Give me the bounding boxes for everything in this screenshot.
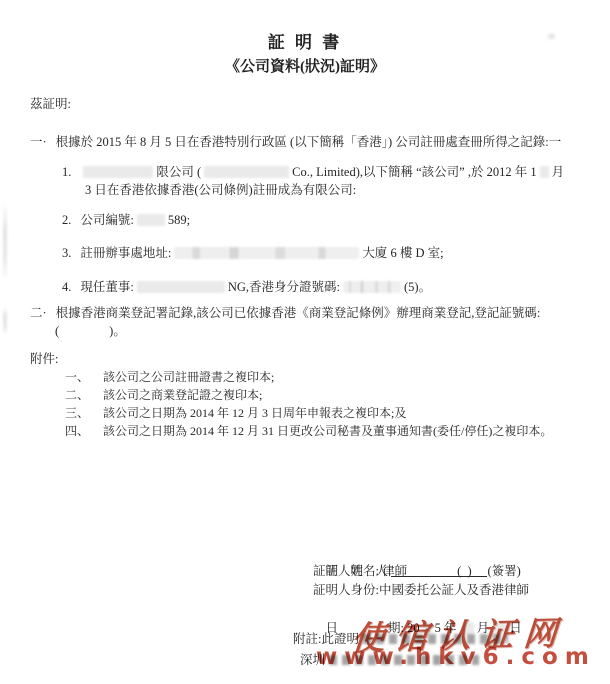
attachment-2-text: 該公司之商業登記證之複印本; — [103, 388, 262, 402]
section-2-text: 根據香港商業登記署記錄,該公司已依據香港《商業登記條例》辦理商業登記,登記証號碼… — [56, 306, 541, 320]
redaction-office-address — [174, 247, 359, 259]
attachment-item-4: 四、該公司之日期為 2014 年 12 月 31 日更改公司秘書及董事通知書(委… — [65, 422, 552, 440]
attachment-1-text: 該公司之公司註冊證書之複印本; — [103, 370, 274, 384]
list-item-2: 2.公司編號:589; — [62, 211, 190, 229]
list-item-1: 1.限公司 (Co., Limited),以下簡稱 “該公司” ,於 2012 … — [62, 163, 564, 181]
redaction-director-name — [137, 281, 225, 293]
section-1-text: 根據於 2015 年 8 月 5 日在香港特別行政區 (以下簡稱「香港」) 公司… — [56, 135, 562, 149]
attachment-3-text: 該公司之日期為 2014 年 12 月 3 日周年申報表之複印本;及 — [103, 406, 406, 420]
section-1: 一·根據於 2015 年 8 月 5 日在香港特別行政區 (以下簡稱「香港」) … — [30, 133, 561, 151]
scan-artifact-left-1 — [3, 203, 7, 281]
section-2-line2: ( )。 — [55, 322, 126, 340]
signature-suffix: (簽署) — [487, 564, 520, 578]
section-2: 二·根據香港商業登記署記錄,該公司已依據香港《商業登記條例》辦理商業登記,登記証… — [30, 304, 540, 322]
attachment-item-1: 一、該公司之公司註冊證書之複印本; — [65, 368, 274, 386]
item-3-label: 註冊辦事處地址: — [80, 246, 171, 260]
attachment-item-3: 三、該公司之日期為 2014 年 12 月 3 日周年申報表之複印本;及 — [65, 404, 406, 422]
item-1-number: 1. — [62, 163, 71, 181]
item-1-text-c: 月 — [552, 165, 565, 179]
redaction-company-number — [137, 214, 165, 226]
document-title: 証 明 書 — [0, 34, 610, 52]
list-item-4: 4.現任董事:NG,香港身分證號碼:(5)。 — [62, 278, 431, 296]
list-item-1-line2: 3 日在香港依據香港(公司條例)註冊成為有限公司: — [85, 181, 356, 199]
item-4-number: 4. — [62, 278, 71, 296]
attachment-2-number: 二、 — [65, 386, 103, 404]
signature-line-name: 証明人姓名: 律師 ( ) — [313, 562, 472, 581]
attachment-4-number: 四、 — [65, 422, 103, 440]
item-4-text-b: (5)。 — [404, 280, 431, 294]
section-1-label: 一· — [30, 133, 47, 151]
list-item-3: 3.註冊辦事處地址:大廈 6 樓 D 室; — [62, 244, 444, 262]
item-3-number: 3. — [62, 244, 71, 262]
redaction-company-name-en — [204, 166, 289, 178]
item-1-text-b: Co., Limited),以下簡稱 “該公司” ,於 2012 年 1 — [292, 165, 536, 179]
attachment-4-text: 該公司之日期為 2014 年 12 月 31 日更改公司秘書及董事通知書(委任/… — [103, 424, 552, 438]
document-subtitle: 《公司資料(狀況)証明》 — [0, 58, 610, 76]
item-2-number: 2. — [62, 211, 71, 229]
redaction-month-digit — [540, 166, 549, 178]
redaction-company-name-cn — [83, 166, 153, 178]
attachment-item-2: 二、該公司之商業登記證之複印本; — [65, 386, 262, 404]
item-2-label: 公司編號: — [80, 213, 133, 227]
item-2-value: 589; — [168, 213, 190, 227]
redaction-id-number — [343, 281, 401, 293]
item-4-label: 現任董事: — [80, 280, 133, 294]
item-4-text-a: NG,香港身分證號碼: — [228, 280, 340, 294]
item-1-text-a: 限公司 ( — [156, 165, 201, 179]
attachment-1-number: 一、 — [65, 368, 103, 386]
item-3-value: 大廈 6 樓 D 室; — [362, 246, 443, 260]
signature-line-identity: 証明人身份:中國委托公証人及香港律師 — [313, 581, 529, 600]
certificate-document: 証 明 書 《公司資料(狀況)証明》 茲証明: 一·根據於 2015 年 8 月… — [0, 0, 610, 684]
scan-artifact-left-2 — [3, 307, 7, 335]
watermark-url-text: www.hkv6.com — [316, 644, 596, 670]
attachment-3-number: 三、 — [65, 404, 103, 422]
attachments-title: 附件: — [30, 350, 58, 368]
intro-statement: 茲証明: — [30, 95, 71, 113]
section-2-label: 二· — [30, 304, 47, 322]
